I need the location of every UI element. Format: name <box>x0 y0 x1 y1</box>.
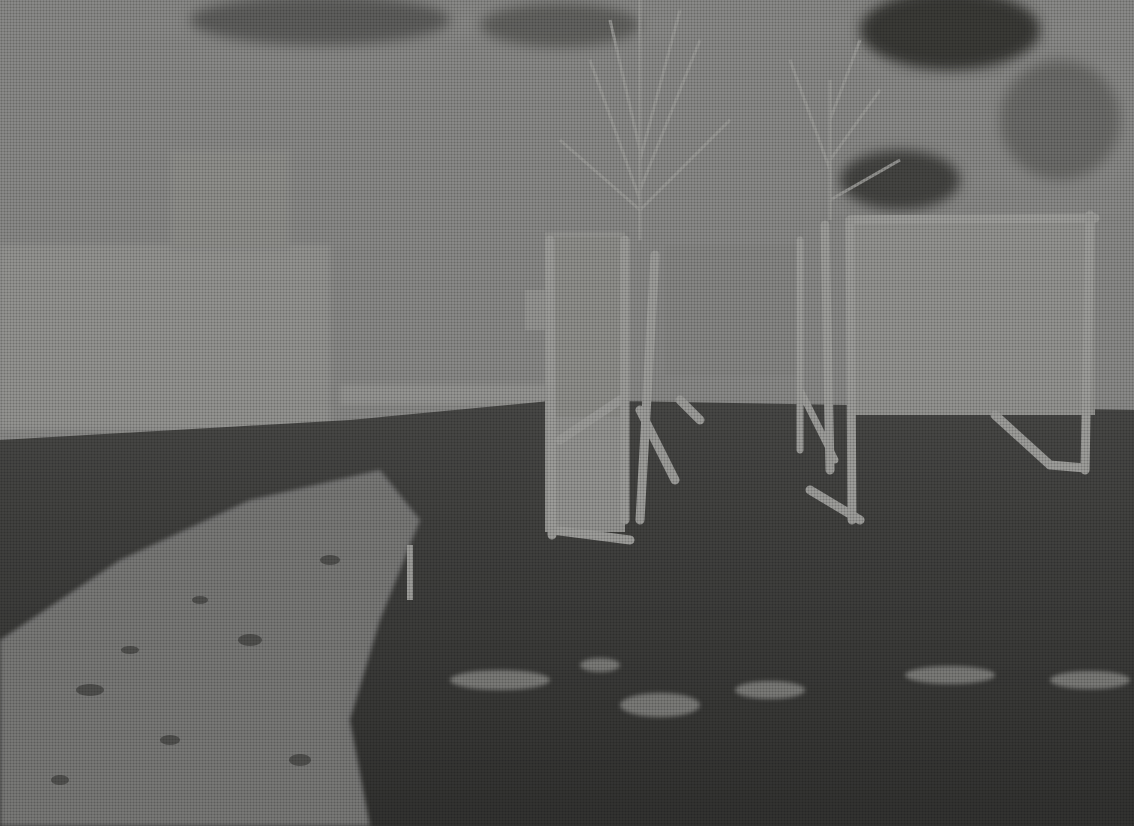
structure-middle-panel <box>665 245 800 375</box>
halftone-photograph: Outdoor scene with white rectangular boa… <box>0 0 1134 826</box>
scene-illustration <box>0 0 1134 826</box>
small-box <box>525 290 545 330</box>
